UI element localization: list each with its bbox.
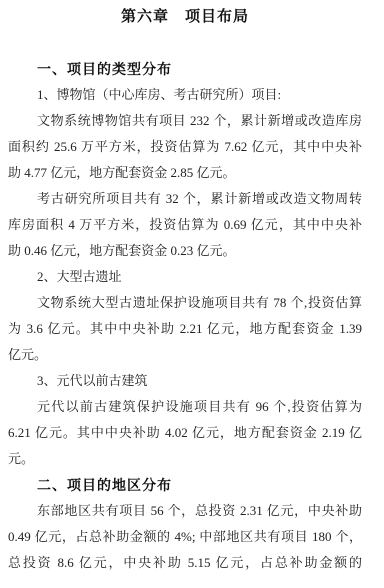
section-heading: 二、项目的地区分布	[8, 472, 362, 498]
paragraph-line: 0.49 亿元，占总补助金额的 4%; 中部地区共有项目 180 个，	[8, 524, 362, 550]
paragraph-line: 助 0.46 亿元，地方配套资金 0.23 亿元。	[8, 238, 362, 264]
subheading: 1、博物馆（中心库房、考古研究所）项目:	[8, 82, 362, 108]
paragraph-line: 考古研究所项目共有 32 个，累计新增或改造文物周转	[8, 186, 362, 212]
paragraph-line: 元。	[8, 446, 362, 472]
paragraph-line: 为 3.6 亿元。其中中央补助 2.21 亿元，地方配套资金 1.39	[8, 316, 362, 342]
subheading: 3、元代以前古建筑	[8, 368, 362, 394]
subheading: 2、大型古遗址	[8, 264, 362, 290]
paragraph-line: 文物系统博物馆共有项目 232 个，累计新增或改造库房	[8, 108, 362, 134]
paragraph-line: 助 4.77 亿元，地方配套资金 2.85 亿元。	[8, 160, 362, 186]
paragraph-line: 元代以前古建筑保护设施项目共有 96 个,投资估算为	[8, 394, 362, 420]
document-body: 一、项目的类型分布 1、博物馆（中心库房、考古研究所）项目: 文物系统博物馆共有…	[8, 56, 362, 576]
chapter-title: 第六章 项目布局	[8, 6, 362, 28]
document-page: 第六章 项目布局 一、项目的类型分布 1、博物馆（中心库房、考古研究所）项目: …	[0, 0, 384, 588]
paragraph-line: 面积约 25.6 万平方米，投资估算为 7.62 亿元，其中中央补	[8, 134, 362, 160]
paragraph-line: 库房面积 4 万平方米，投资估算为 0.69 亿元，其中中央补	[8, 212, 362, 238]
section-heading: 一、项目的类型分布	[8, 56, 362, 82]
paragraph-line: 6.21 亿元。其中中央补助 4.02 亿元，地方配套资金 2.19 亿	[8, 420, 362, 446]
paragraph-line: 东部地区共有项目 56 个，总投资 2.31 亿元，中央补助	[8, 498, 362, 524]
paragraph-line: 总投资 8.6 亿元，中央补助 5.15 亿元，占总补助金额的	[8, 550, 362, 576]
paragraph-line: 亿元。	[8, 342, 362, 368]
paragraph-line: 文物系统大型古遗址保护设施项目共有 78 个,投资估算	[8, 290, 362, 316]
